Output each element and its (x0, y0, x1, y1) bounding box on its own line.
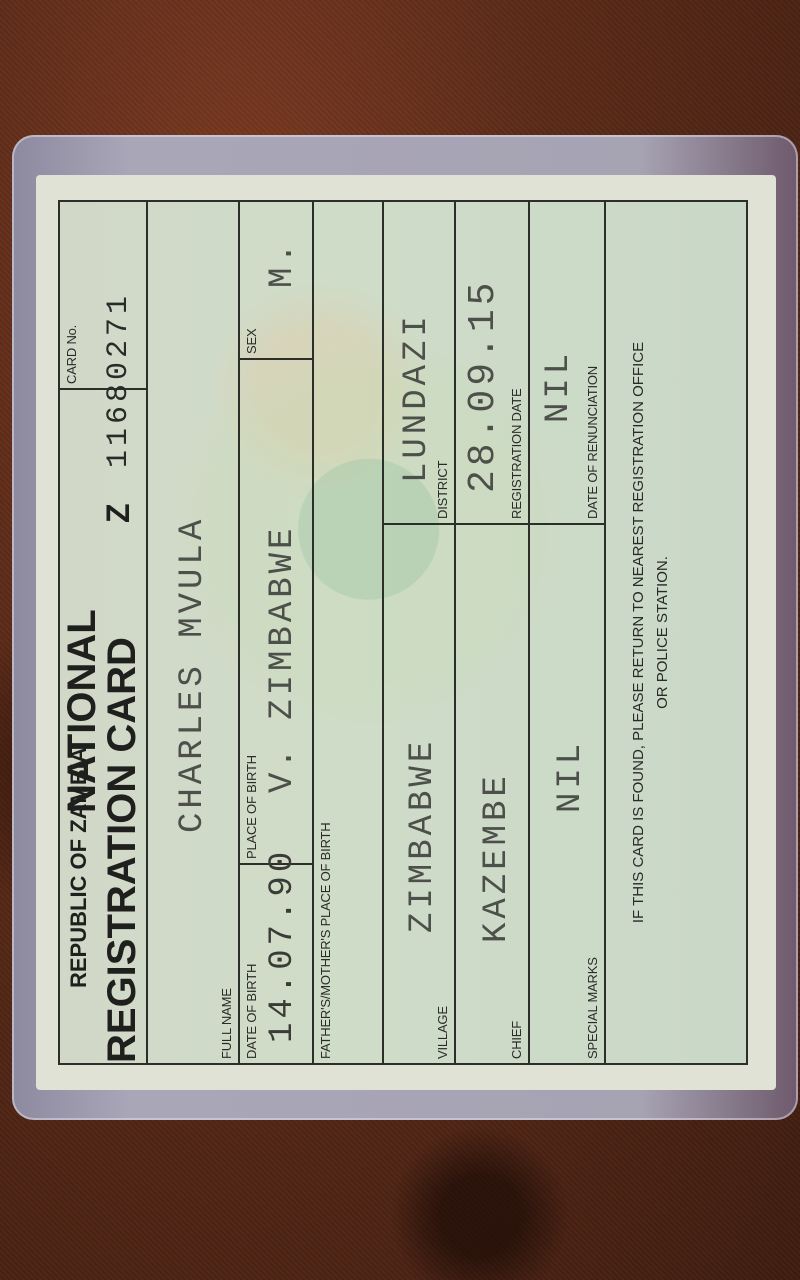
full-name-value: CHARLES MVULA (174, 516, 212, 833)
registration-date-label: REGISTRATION DATE (509, 389, 524, 519)
title-cell: REPUBLIC OF ZAMBIA NATIONAL REGISTRATION… (60, 388, 148, 1063)
special-marks-cell: SPECIAL MARKS NIL (530, 523, 606, 1063)
card-no-prefix: Z (100, 503, 137, 523)
parents-place-cell: FATHER'S/MOTHER'S PLACE OF BIRTH (314, 202, 384, 1063)
district-cell: DISTRICT LUNDAZI (384, 202, 456, 523)
renunciation-label: DATE OF RENUNCIATION (585, 366, 600, 519)
national-heading: NATIONAL (62, 609, 102, 813)
place-of-birth-cell: PLACE OF BIRTH V. ZIMBABWE (240, 358, 314, 863)
sex-value: M. (264, 239, 302, 288)
place-of-birth-value: V. ZIMBABWE (264, 525, 302, 793)
renunciation-cell: DATE OF RENUNCIATION NIL (530, 202, 606, 523)
special-marks-value: NIL (552, 740, 590, 813)
card-no-value: 11680271 (102, 292, 136, 468)
village-cell: VILLAGE ZIMBABWE (384, 523, 456, 1063)
registration-date-cell: REGISTRATION DATE 28.09.15 (456, 202, 530, 523)
village-value: ZIMBABWE (404, 738, 442, 933)
national-registration-card: REPUBLIC OF ZAMBIA NATIONAL REGISTRATION… (36, 175, 776, 1090)
place-of-birth-label: PLACE OF BIRTH (244, 755, 259, 859)
sex-cell: SEX M. (240, 202, 314, 358)
footer-line-2: OR POLICE STATION. (654, 202, 671, 1063)
footer-line-1: IF THIS CARD IS FOUND, PLEASE RETURN TO … (630, 202, 647, 1063)
full-name-label: FULL NAME (219, 988, 234, 1059)
renunciation-value: NIL (540, 350, 578, 423)
registration-date-value: 28.09.15 (462, 279, 505, 493)
chief-label: CHIEF (509, 1021, 524, 1059)
dob-value: 14.07.90 (264, 848, 302, 1043)
chief-cell: CHIEF KAZEMBE (456, 523, 530, 1063)
card-content-rotated: REPUBLIC OF ZAMBIA NATIONAL REGISTRATION… (36, 175, 776, 1090)
district-label: DISTRICT (435, 461, 450, 519)
full-name-cell: FULL NAME CHARLES MVULA (148, 202, 240, 1063)
card-no-label: CARD No. (64, 325, 79, 384)
special-marks-label: SPECIAL MARKS (585, 957, 600, 1059)
district-value: LUNDAZI (398, 312, 436, 483)
dob-label: DATE OF BIRTH (244, 964, 259, 1059)
parents-place-label: FATHER'S/MOTHER'S PLACE OF BIRTH (318, 823, 333, 1059)
card-grid: REPUBLIC OF ZAMBIA NATIONAL REGISTRATION… (58, 200, 748, 1065)
chief-value: KAZEMBE (478, 772, 516, 943)
village-label: VILLAGE (435, 1006, 450, 1059)
sex-label: SEX (244, 329, 259, 354)
dob-cell: DATE OF BIRTH 14.07.90 (240, 863, 314, 1063)
registration-card-heading: REGISTRATION CARD (102, 637, 142, 1063)
